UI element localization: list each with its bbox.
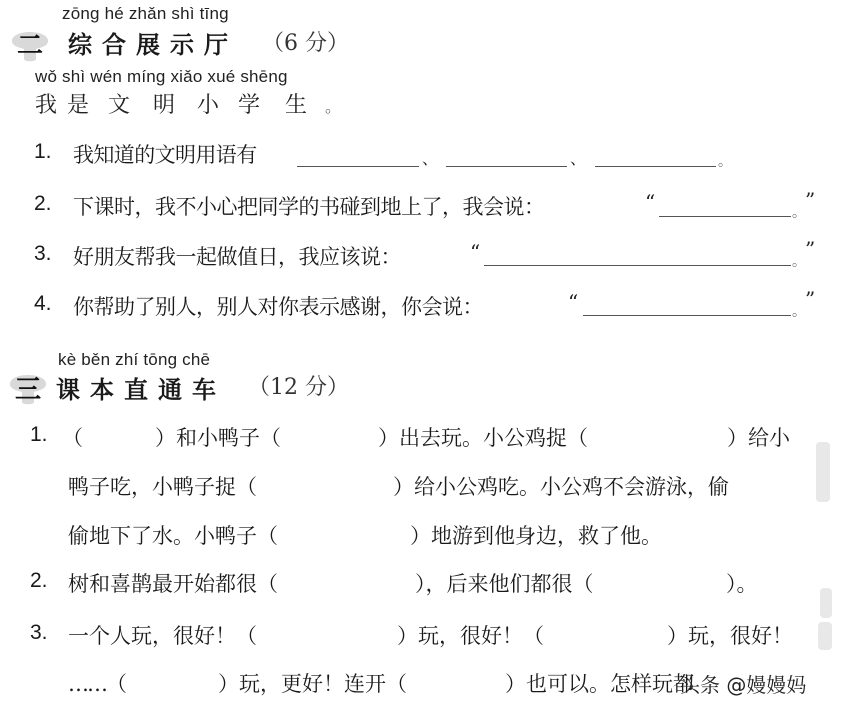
period: 。 xyxy=(792,251,806,271)
close-quote: ” xyxy=(805,287,815,311)
answer-blank[interactable] xyxy=(659,216,791,217)
intro-char: 小 xyxy=(197,88,219,119)
intro-char: 是 xyxy=(67,88,89,119)
scan-artifact xyxy=(820,588,832,618)
period: 。 xyxy=(718,151,732,171)
section3-badge: 三 xyxy=(6,366,50,406)
scan-artifact xyxy=(818,622,832,650)
question-number: 1. xyxy=(30,423,48,447)
question-number: 3. xyxy=(30,621,48,645)
text-segment: 树和喜鹊最开始都很（ xyxy=(68,568,278,598)
text-segment: ）。 xyxy=(726,568,758,598)
question-text: 下课时，我不小心把同学的书碰到地上了，我会说： xyxy=(73,191,545,221)
question-number: 2. xyxy=(34,192,52,216)
intro-pinyin: wǒ shì wén míng xiǎo xué shēng xyxy=(35,67,288,87)
text-segment: ）给小公鸡吃。小公鸡不会游泳，偷 xyxy=(393,471,729,501)
section2-badge: 二 xyxy=(8,23,52,63)
answer-blank[interactable] xyxy=(446,166,567,167)
text-segment: ）也可以。怎样玩都 xyxy=(505,668,694,698)
section2-title: 综合展示厅 xyxy=(68,25,238,60)
scan-artifact xyxy=(816,442,830,502)
question-text: 好朋友帮我一起做值日，我应该说： xyxy=(73,241,401,271)
section2-title-pinyin: zōng hé zhǎn shì tīng xyxy=(62,4,229,24)
period: 。 xyxy=(792,301,806,321)
text-segment: （ xyxy=(62,422,83,452)
section3-title-pinyin: kè běn zhí tōng chē xyxy=(58,350,210,370)
intro-char: 生 xyxy=(285,88,307,119)
open-quote: “ xyxy=(568,290,578,314)
text-segment: ）出去玩。小公鸡捉（ xyxy=(378,422,588,452)
open-quote: “ xyxy=(645,190,655,214)
answer-blank[interactable] xyxy=(297,166,419,167)
section2-score: （6 分） xyxy=(262,26,349,57)
close-quote: ” xyxy=(805,188,815,212)
period: 。 xyxy=(792,202,806,222)
answer-blank[interactable] xyxy=(583,315,791,316)
section3-score: （12 分） xyxy=(248,370,349,401)
intro-char: 学 xyxy=(238,88,260,119)
answer-blank[interactable] xyxy=(595,166,716,167)
text-segment: ）玩，很好！ xyxy=(667,620,793,650)
intro-sentence: 我 是 文 明 小 学 生 。 xyxy=(35,88,355,118)
text-segment: ），后来他们都很（ xyxy=(415,568,594,598)
watermark: 头条 @嫚嫚妈 xyxy=(680,669,806,698)
question-number: 2. xyxy=(30,569,48,593)
text-segment: ）给小 xyxy=(727,422,790,452)
question-text: 我知道的文明用语有 xyxy=(73,139,257,169)
question-number: 3. xyxy=(34,242,52,266)
question-number: 1. xyxy=(34,140,52,164)
question-text: 你帮助了别人，别人对你表示感谢，你会说： xyxy=(73,291,483,321)
text-segment: 鸭子吃，小鸭子捉（ xyxy=(68,471,257,501)
text-segment: 一个人玩，很好！（ xyxy=(68,620,257,650)
text-segment: 偷地下了水。小鸭子（ xyxy=(68,520,278,550)
section3-title: 课本直通车 xyxy=(56,370,226,405)
text-segment: ）玩，更好！连开（ xyxy=(218,668,407,698)
separator: 、 xyxy=(570,146,586,169)
text-segment: ……（ xyxy=(68,668,125,698)
section3-numeral: 三 xyxy=(15,369,41,406)
question-number: 4. xyxy=(34,292,52,316)
intro-char: 文 xyxy=(108,88,130,119)
separator: 、 xyxy=(422,146,438,169)
close-quote: ” xyxy=(805,237,815,261)
text-segment: ）玩，很好！（ xyxy=(397,620,544,650)
section2-numeral: 二 xyxy=(17,25,43,62)
intro-char: 明 xyxy=(153,88,175,119)
intro-char: 。 xyxy=(325,94,341,117)
open-quote: “ xyxy=(470,240,480,264)
intro-char: 我 xyxy=(35,88,57,119)
answer-blank[interactable] xyxy=(484,265,791,266)
text-segment: ）地游到他身边，救了他。 xyxy=(410,520,662,550)
text-segment: ）和小鸭子（ xyxy=(155,422,281,452)
